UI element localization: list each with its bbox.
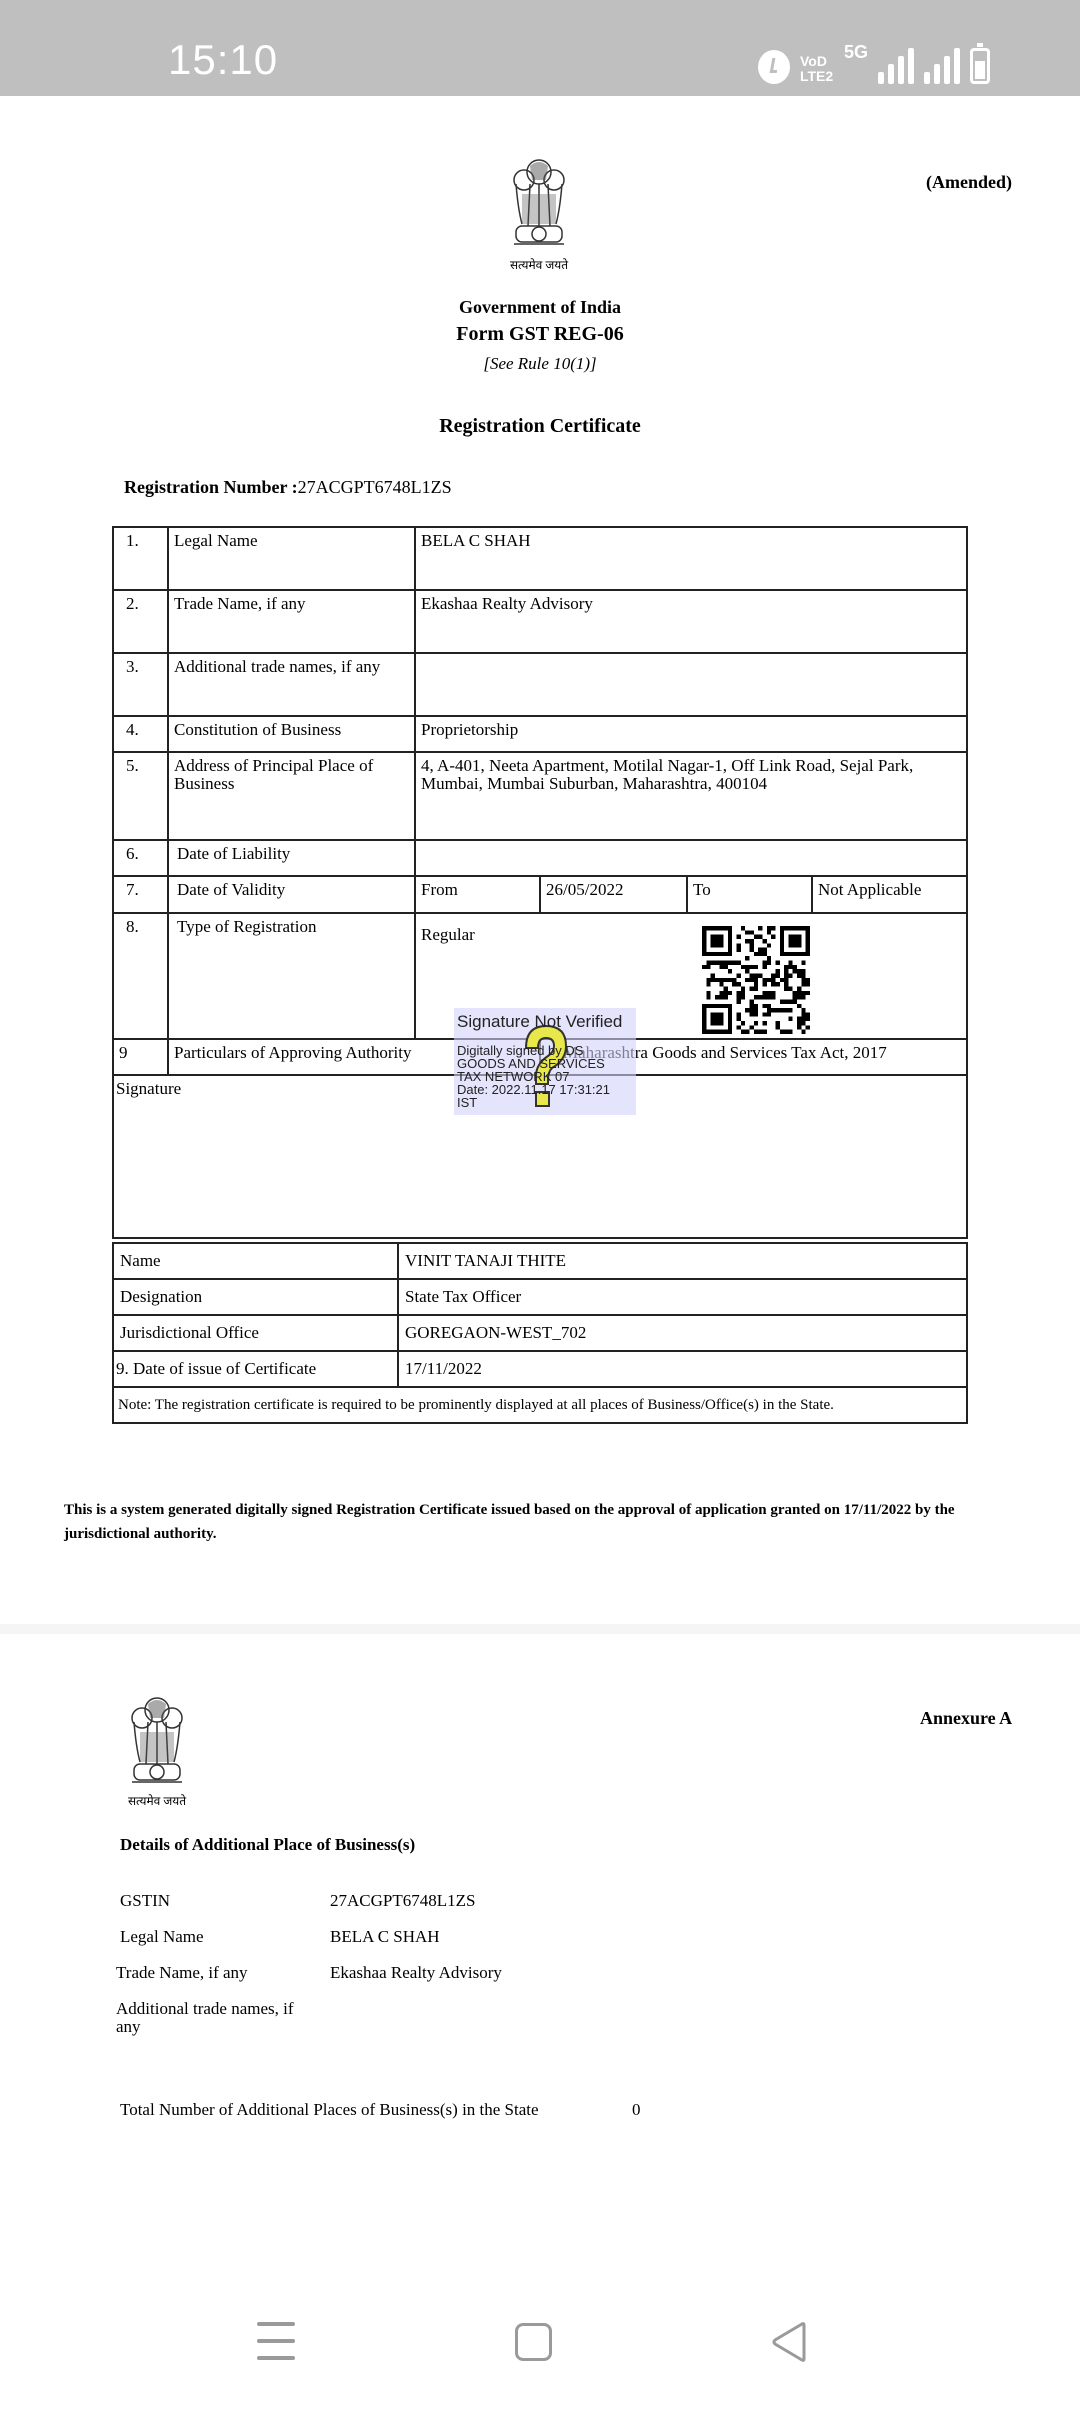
status-icons: VoD LTE2 5G [758,40,990,84]
table-row: 3. Additional trade names, if any [113,653,967,716]
field-label: Trade Name, if any [116,1964,248,1982]
officer-label: Name [113,1243,398,1279]
designation-value: State Tax Officer [398,1279,967,1315]
total-places-label: Total Number of Additional Places of Bus… [120,2100,539,2120]
signature-stamp[interactable]: Signature Not Verified Digitally signed … [454,1008,636,1115]
signature-date: Date: 2022.11.17 17:31:21 [457,1083,637,1096]
recents-menu-icon[interactable] [257,2322,295,2360]
qr-code [702,926,810,1034]
validity-from-value: 26/05/2022 [540,876,687,913]
back-icon[interactable] [770,2322,810,2362]
emblem-motto: सत्यमेव जयते [499,256,579,273]
row-number: 8. [113,913,168,1039]
row-number: 7. [113,876,168,913]
validity-to-label: To [687,876,812,913]
officer-label: Jurisdictional Office [113,1315,398,1351]
additional-places-title: Details of Additional Place of Business(… [120,1835,415,1855]
amended-label: (Amended) [926,172,1012,193]
row-label: Trade Name, if any [168,590,415,653]
row-label: Constitution of Business [168,716,415,752]
gstin-value: 27ACGPT6748L1ZS [330,1892,475,1910]
table-row: Jurisdictional Office GOREGAON-WEST_702 [113,1315,967,1351]
certificate-title: Registration Certificate [0,415,1080,438]
row-number: 4. [113,716,168,752]
table-row: 5. Address of Principal Place of Busines… [113,752,967,840]
row-number: 2. [113,590,168,653]
row-number: 6. [113,840,168,876]
row-number: 1. [113,527,168,590]
validity-from-label: From [415,876,540,913]
validity-to-value: Not Applicable [812,876,967,913]
row-label: Address of Principal Place of Business [168,752,415,840]
signature-details: Digitally signed by DS GOODS AND SERVICE… [457,1044,637,1109]
row-number: 9 [113,1039,168,1075]
row-label: Date of Liability [168,840,415,876]
officer-name-value: VINIT TANAJI THITE [398,1243,967,1279]
officer-label: 9. Date of issue of Certificate [113,1351,398,1387]
issue-date-value: 17/11/2022 [398,1351,967,1387]
table-row: 2. Trade Name, if any Ekashaa Realty Adv… [113,590,967,653]
signal-sim2-icon [924,46,960,84]
signature-timezone: IST [457,1096,637,1109]
table-row: 4. Constitution of Business Proprietorsh… [113,716,967,752]
table-row: Name VINIT TANAJI THITE [113,1243,967,1279]
national-emblem-icon [508,154,570,254]
table-row: Note: The registration certificate is re… [113,1387,967,1423]
emblem-motto: सत्यमेव जयते [117,1792,197,1809]
lte-label: LTE2 [800,69,834,84]
table-row: 6. Date of Liability [113,840,967,876]
status-time: 15:10 [168,36,278,84]
registration-number-label: Registration Number : [124,477,298,497]
registration-details-table: 1. Legal Name BELA C SHAH 2. Trade Name,… [112,526,968,1239]
trade-name-value: Ekashaa Realty Advisory [415,590,967,653]
battery-icon [970,48,990,84]
signal-sim1-icon [878,46,914,84]
jurisdictional-office-value: GOREGAON-WEST_702 [398,1315,967,1351]
table-row: Designation State Tax Officer [113,1279,967,1315]
status-bar: 15:10 VoD LTE2 5G [0,0,1080,96]
total-places-value: 0 [632,2100,641,2120]
page-separator [0,1624,1080,1634]
volte-label: VoD [800,54,834,69]
signature-status: Signature Not Verified [457,1012,622,1032]
national-emblem-icon [126,1692,188,1792]
row-label: Date of Validity [168,876,415,913]
display-note: Note: The registration certificate is re… [113,1387,967,1423]
field-label: GSTIN [120,1892,170,1910]
legal-name-value: BELA C SHAH [415,527,967,590]
rule-reference: [See Rule 10(1)] [0,354,1080,374]
table-row: 9. Date of issue of Certificate 17/11/20… [113,1351,967,1387]
row-label: Additional trade names, if any [168,653,415,716]
field-label: Additional trade names, if any [116,2000,316,2036]
field-label: Legal Name [120,1928,204,1946]
table-row: 7. Date of Validity From 26/05/2022 To N… [113,876,967,913]
home-icon[interactable] [515,2323,552,2361]
officer-details-table: Name VINIT TANAJI THITE Designation Stat… [112,1242,968,1424]
volte-lte2-icon: VoD LTE2 [800,54,834,84]
registration-number-value: 27ACGPT6748L1ZS [298,477,452,497]
table-row: 1. Legal Name BELA C SHAH [113,527,967,590]
form-heading: Form GST REG-06 [0,323,1080,346]
annexure-label: Annexure A [920,1708,1012,1729]
officer-label: Designation [113,1279,398,1315]
row-label: Legal Name [168,527,415,590]
legal-name-value: BELA C SHAH [330,1928,440,1946]
additional-trade-names-value [415,653,967,716]
row-number: 3. [113,653,168,716]
date-of-liability-value [415,840,967,876]
system-generated-note: This is a system generated digitally sig… [64,1498,1024,1546]
row-label: Type of Registration [168,913,415,1039]
alarm-icon [758,50,790,84]
registration-number: Registration Number :27ACGPT6748L1ZS [124,477,452,498]
constitution-value: Proprietorship [415,716,967,752]
address-value: 4, A-401, Neeta Apartment, Motilal Nagar… [415,752,967,840]
5g-icon: 5G [844,42,868,63]
government-heading: Government of India [0,297,1080,318]
trade-name-value: Ekashaa Realty Advisory [330,1964,502,1982]
row-number: 5. [113,752,168,840]
